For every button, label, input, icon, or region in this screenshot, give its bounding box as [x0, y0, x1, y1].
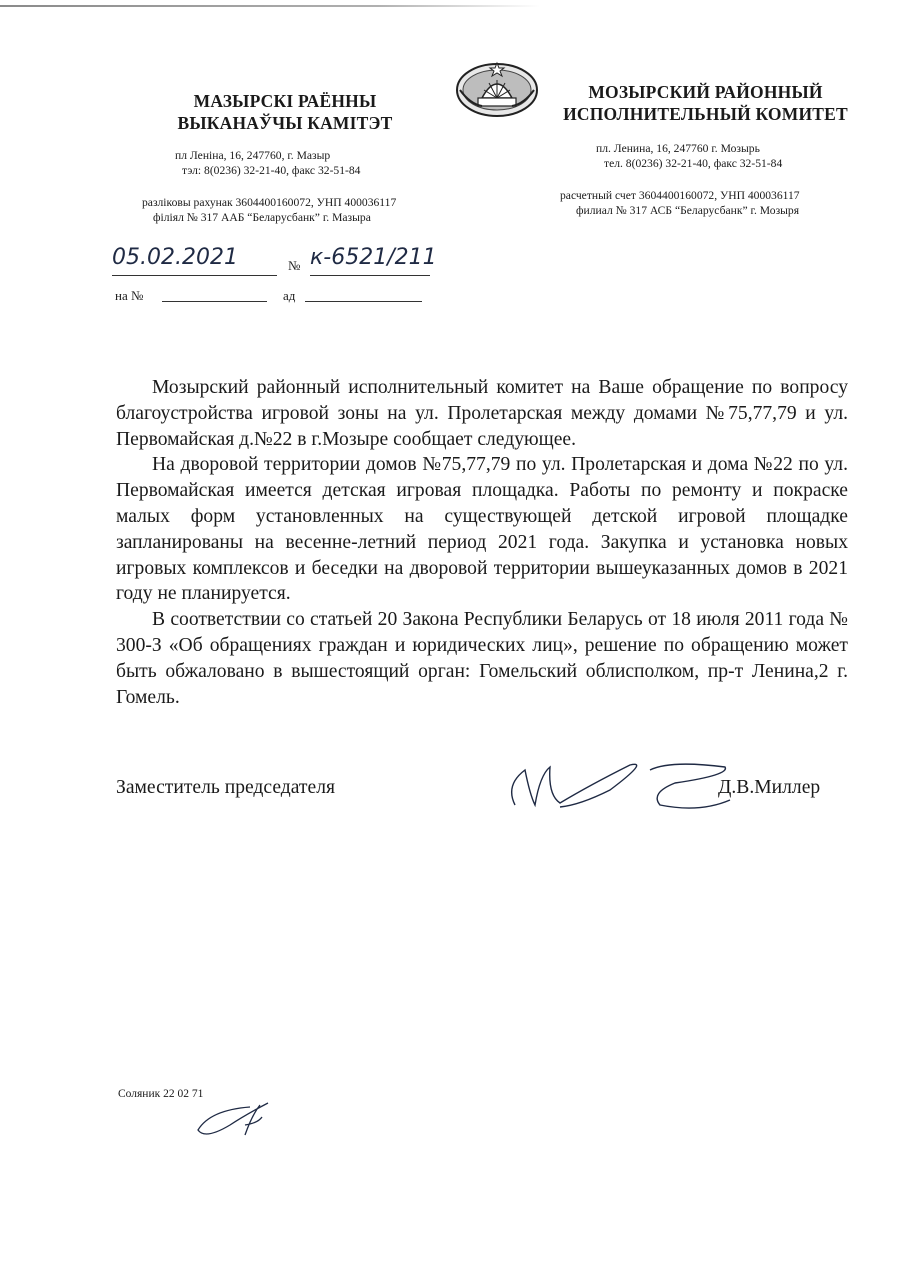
signatory-position: Заместитель председателя	[116, 777, 335, 799]
number-label: №	[288, 258, 300, 274]
outgoing-date: 05.02.2021	[112, 245, 277, 276]
bank-be: філіял № 317 ААБ “Беларусбанк” г. Мазыра	[150, 210, 420, 225]
org-name-be-line2: ВЫКАНАЎЧЫ КАМІТЭТ	[150, 112, 420, 134]
from-field	[305, 300, 422, 302]
state-emblem-icon	[452, 60, 542, 120]
phone-ru: тел. 8(0236) 32-21-40, факс 32-51-84	[548, 156, 863, 171]
address-ru: пл. Ленина, 16, 247760 г. Мозырь	[548, 141, 863, 156]
org-name-ru-line1: МОЗЫРСКИЙ РАЙОННЫЙ	[548, 81, 863, 103]
account-be: разліковы рахунак 3604400160072, УНП 400…	[142, 195, 420, 210]
address-be: пл Леніна, 16, 247760, г. Мазыр	[150, 148, 420, 163]
bank-ru: филиал № 317 АСБ “Беларусбанк” г. Мозыря	[548, 203, 863, 218]
account-ru: расчетный счет 3604400160072, УНП 400036…	[548, 188, 863, 203]
paragraph-details: На дворовой территории домов №75,77,79 п…	[116, 452, 848, 607]
executor-signature-icon	[190, 1095, 280, 1145]
paragraph-appeal: В соответствии со статьей 20 Закона Респ…	[116, 607, 848, 710]
letterhead-right: МОЗЫРСКИЙ РАЙОННЫЙ ИСПОЛНИТЕЛЬНЫЙ КОМИТЕ…	[548, 81, 863, 218]
from-label: ад	[283, 288, 295, 304]
org-name-ru-line2: ИСПОЛНИТЕЛЬНЫЙ КОМИТЕТ	[548, 103, 863, 125]
in-reply-field	[162, 300, 267, 302]
org-name-be-line1: МАЗЫРСКІ РАЁННЫ	[150, 90, 420, 112]
scan-edge	[0, 5, 540, 7]
letterhead-left: МАЗЫРСКІ РАЁННЫ ВЫКАНАЎЧЫ КАМІТЭТ пл Лен…	[150, 90, 420, 225]
handwritten-signature-icon	[500, 755, 740, 815]
letter-body: Мозырский районный исполнительный комите…	[116, 375, 848, 710]
outgoing-number: к-6521/211	[310, 245, 430, 276]
paragraph-intro: Мозырский районный исполнительный комите…	[116, 375, 848, 452]
in-reply-label: на №	[115, 288, 143, 304]
signatory-name: Д.В.Миллер	[718, 777, 820, 799]
phone-be: тэл: 8(0236) 32-21-40, факс 32-51-84	[150, 163, 420, 178]
